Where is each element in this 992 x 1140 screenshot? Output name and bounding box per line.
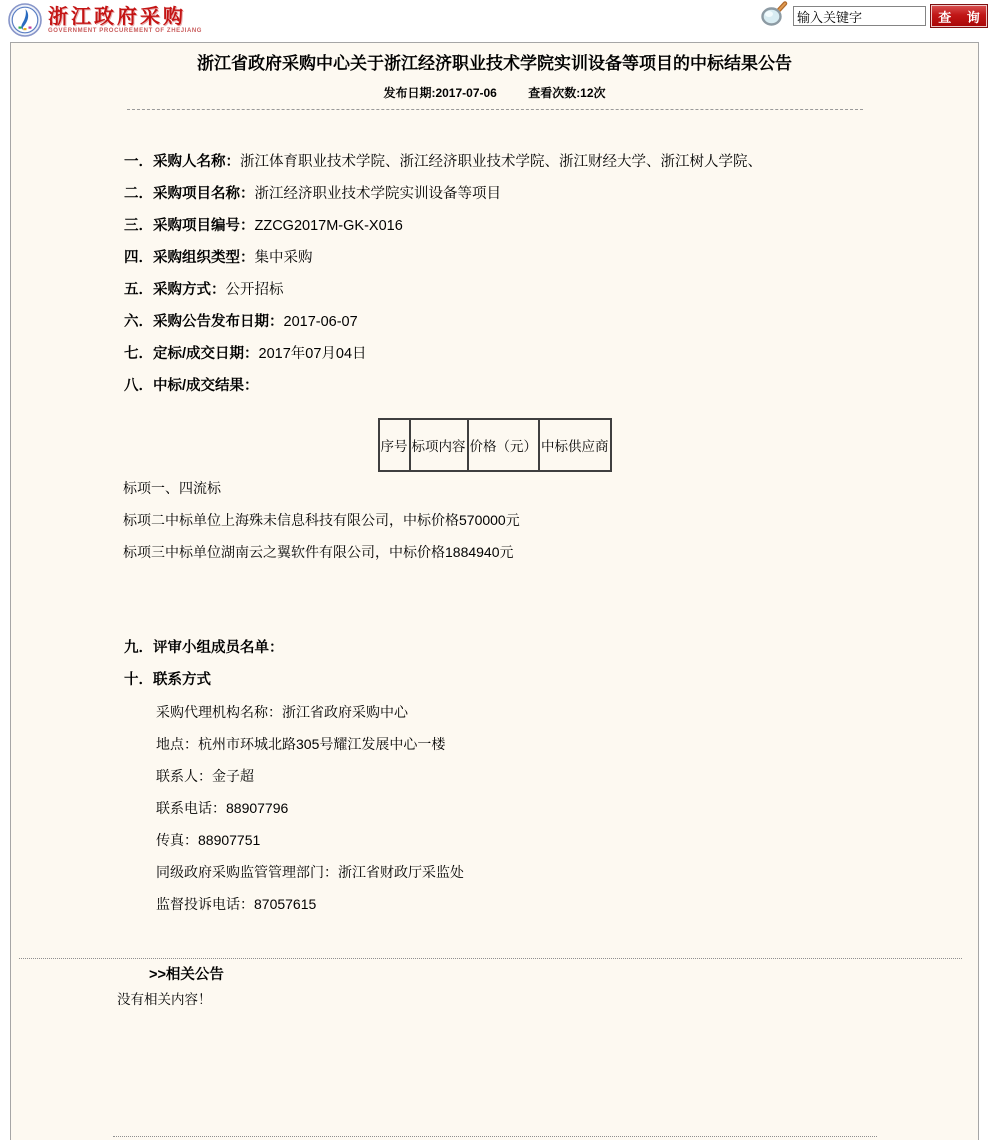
list-item: 二．采购项目名称：浙江经济职业技术学院实训设备等项目 bbox=[124, 178, 978, 210]
logo-emblem-icon bbox=[8, 3, 42, 37]
logo-subtitle: GOVERNMENT PROCUREMENT OF ZHEJIANG bbox=[48, 27, 202, 35]
contact-line: 联系电话：88907796 bbox=[156, 792, 978, 824]
result-lines: 标项一、四流标 标项二中标单位上海殊未信息科技有限公司，中标价格570000元 … bbox=[123, 472, 978, 568]
related-announcements-title: >>相关公告 bbox=[149, 967, 978, 983]
list-item: 五．采购方式：公开招标 bbox=[124, 274, 978, 306]
item-value: 公开招标 bbox=[226, 282, 284, 298]
result-line: 标项一、四流标 bbox=[123, 472, 978, 504]
item-value: 集中采购 bbox=[255, 250, 313, 266]
list-item: 三．采购项目编号：ZZCG2017M-GK-X016 bbox=[124, 210, 978, 242]
item-label: 八．中标/成交结果： bbox=[124, 378, 259, 394]
view-count: 查看次数:12次 bbox=[528, 86, 605, 100]
item-label: 五．采购方式： bbox=[124, 282, 226, 298]
col-price: 价格（元） bbox=[468, 419, 540, 471]
item-label: 二．采购项目名称： bbox=[124, 186, 255, 202]
section-nine-label: 九．评审小组成员名单： bbox=[124, 632, 978, 664]
list-item: 八．中标/成交结果： bbox=[124, 370, 978, 402]
result-table: 序号 标项内容 价格（元） 中标供应商 bbox=[378, 418, 612, 472]
related-empty-message: 没有相关内容！ bbox=[117, 992, 978, 1008]
announcement-panel: 浙江省政府采购中心关于浙江经济职业技术学院实训设备等项目的中标结果公告 发布日期… bbox=[10, 42, 979, 1140]
result-line: 标项三中标单位湖南云之翼软件有限公司，中标价格1884940元 bbox=[123, 536, 978, 568]
page-title: 浙江省政府采购中心关于浙江经济职业技术学院实训设备等项目的中标结果公告 bbox=[11, 53, 978, 75]
item-value: 2017-06-07 bbox=[284, 314, 358, 330]
item-value: 浙江体育职业技术学院、浙江经济职业技术学院、浙江财经大学、浙江树人学院、 bbox=[240, 154, 762, 170]
related-divider bbox=[19, 958, 962, 959]
col-seq: 序号 bbox=[379, 419, 410, 471]
numbered-list: 一．采购人名称：浙江体育职业技术学院、浙江经济职业技术学院、浙江财经大学、浙江树… bbox=[124, 146, 978, 402]
contact-line: 传真：88907751 bbox=[156, 824, 978, 856]
item-label: 七．定标/成交日期： bbox=[124, 346, 259, 362]
item-label: 六．采购公告发布日期： bbox=[124, 314, 284, 330]
contact-line: 联系人：金子超 bbox=[156, 760, 978, 792]
item-label: 四．采购组织类型： bbox=[124, 250, 255, 266]
announcement-meta: 发布日期:2017-07-06 查看次数:12次 bbox=[11, 86, 978, 100]
contact-line: 采购代理机构名称：浙江省政府采购中心 bbox=[156, 696, 978, 728]
publish-date: 发布日期:2017-07-06 bbox=[383, 86, 496, 100]
contact-line: 地点：杭州市环城北路305号耀江发展中心一楼 bbox=[156, 728, 978, 760]
bottom-divider bbox=[113, 1136, 877, 1137]
list-item: 七．定标/成交日期：2017年07月04日 bbox=[124, 338, 978, 370]
search-button[interactable]: 查 询 bbox=[930, 4, 988, 28]
contact-info: 采购代理机构名称：浙江省政府采购中心 地点：杭州市环城北路305号耀江发展中心一… bbox=[156, 696, 978, 920]
contact-line: 同级政府采购监管管理部门：浙江省财政厅采监处 bbox=[156, 856, 978, 888]
list-item: 四．采购组织类型：集中采购 bbox=[124, 242, 978, 274]
site-header: 浙江政府采购 GOVERNMENT PROCUREMENT OF ZHEJIAN… bbox=[0, 0, 992, 42]
logo-texts: 浙江政府采购 GOVERNMENT PROCUREMENT OF ZHEJIAN… bbox=[48, 3, 202, 35]
numbered-list-bottom: 九．评审小组成员名单： 十．联系方式 bbox=[124, 632, 978, 696]
result-table-header-row: 序号 标项内容 价格（元） 中标供应商 bbox=[379, 419, 611, 471]
item-value: 2017年07月04日 bbox=[259, 346, 367, 362]
list-item: 一．采购人名称：浙江体育职业技术学院、浙江经济职业技术学院、浙江财经大学、浙江树… bbox=[124, 146, 978, 178]
contact-line: 监督投诉电话：87057615 bbox=[156, 888, 978, 920]
list-item: 六．采购公告发布日期：2017-06-07 bbox=[124, 306, 978, 338]
item-value: ZZCG2017M-GK-X016 bbox=[255, 218, 403, 234]
title-divider bbox=[127, 109, 863, 110]
result-line: 标项二中标单位上海殊未信息科技有限公司，中标价格570000元 bbox=[123, 504, 978, 536]
logo-title: 浙江政府采购 bbox=[48, 7, 202, 27]
item-value: 浙江经济职业技术学院实训设备等项目 bbox=[255, 186, 502, 202]
magnifier-icon bbox=[760, 1, 788, 27]
search-input[interactable] bbox=[793, 6, 926, 26]
search-bar: 查 询 bbox=[760, 4, 988, 28]
section-ten-label: 十．联系方式 bbox=[124, 664, 978, 696]
col-supplier: 中标供应商 bbox=[539, 419, 611, 471]
site-logo[interactable]: 浙江政府采购 GOVERNMENT PROCUREMENT OF ZHEJIAN… bbox=[8, 3, 202, 37]
item-label: 三．采购项目编号： bbox=[124, 218, 255, 234]
col-lot-content: 标项内容 bbox=[410, 419, 468, 471]
item-label: 一．采购人名称： bbox=[124, 154, 240, 170]
